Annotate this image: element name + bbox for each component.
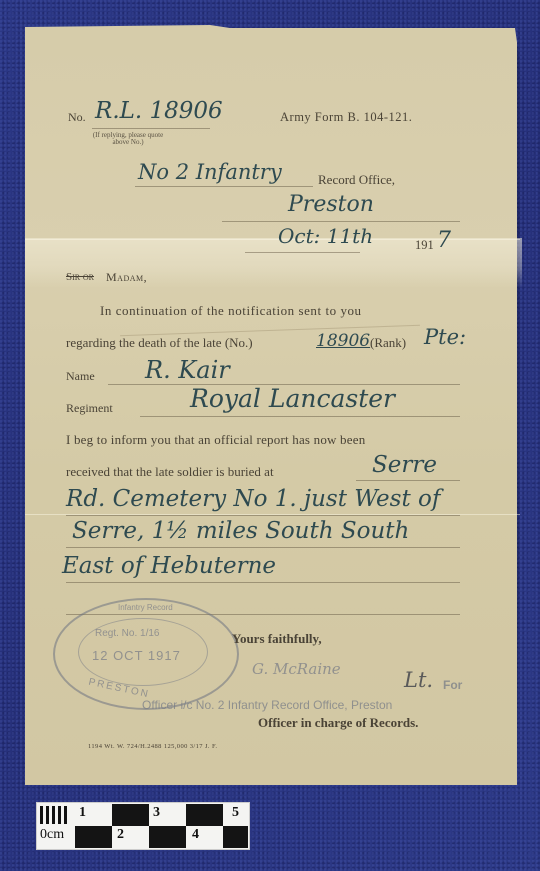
printer-line: 1194 Wt. W. 724/H.2488 125,000 3/17 J. F… xyxy=(88,743,217,750)
regiment-label: Regiment xyxy=(66,401,113,416)
scale-cell-dark xyxy=(112,804,149,826)
burial-handwritten-line-2: Rd. Cemetery No 1. just West of xyxy=(66,486,440,512)
name-label: Name xyxy=(66,369,95,384)
signature-initials: Lt. xyxy=(404,668,433,692)
rule xyxy=(140,416,460,417)
stamp-top-text: Infantry Record xyxy=(118,603,173,612)
salutation-struck: Sir or xyxy=(66,271,94,283)
scale-bar: 1 2 3 4 5 0cm xyxy=(36,802,250,850)
paragraph-1-line-1: In continuation of the notification sent… xyxy=(100,303,362,319)
rule xyxy=(66,582,460,583)
rubber-stamp-officer: Officer i/c No. 2 Infantry Record Office… xyxy=(142,698,392,712)
scale-tick xyxy=(64,806,67,824)
for-label: For xyxy=(443,678,462,692)
closing: Yours faithfully, xyxy=(232,631,322,647)
rank-label: (Rank) xyxy=(370,335,406,351)
name-handwritten: R. Kair xyxy=(145,356,230,384)
form-number-label: No. xyxy=(68,110,86,125)
year-handwritten: 7 xyxy=(437,228,451,253)
place-handwritten: Preston xyxy=(288,192,374,217)
scale-label-1: 1 xyxy=(79,805,86,821)
soldier-number-handwritten: 18906 xyxy=(316,331,370,351)
scale-unit-label: 0cm xyxy=(40,827,64,843)
scale-cell-dark xyxy=(223,826,248,848)
stamp-date: 12 OCT 1917 xyxy=(92,648,181,663)
burial-handwritten-line-3: Serre, 1½ miles South South xyxy=(72,518,409,544)
scale-tick xyxy=(40,806,43,824)
paragraph-1-line-2: regarding the death of the late (No.) xyxy=(66,335,253,351)
army-form-number: Army Form B. 104-121. xyxy=(280,110,412,125)
form-number-handwritten: R.L. 18906 xyxy=(95,98,223,124)
rule xyxy=(222,221,460,222)
reply-note: (If replying, please quote above No.) xyxy=(88,132,168,146)
scale-cell-dark xyxy=(75,826,112,848)
stamp-middle-text: Regt. No. 1/16 xyxy=(95,628,159,639)
scale-label-5: 5 xyxy=(232,805,239,821)
burial-handwritten-line-4: East of Hebuterne xyxy=(62,553,276,579)
rule xyxy=(66,515,460,516)
date-handwritten: Oct: 11th xyxy=(278,224,373,248)
year-printed: 191 xyxy=(415,238,434,253)
scale-cell-dark xyxy=(149,826,186,848)
rule xyxy=(135,186,313,187)
scale-tick xyxy=(52,806,55,824)
signature: G. McRaine xyxy=(252,660,341,678)
rule xyxy=(356,480,460,481)
regiment-handwritten: Royal Lancaster xyxy=(190,384,395,413)
rank-handwritten: Pte: xyxy=(424,325,466,349)
scale-label-2: 2 xyxy=(117,827,124,843)
rule xyxy=(66,547,460,548)
scale-tick xyxy=(58,806,61,824)
paragraph-2-line-1: I beg to inform you that an official rep… xyxy=(66,432,365,448)
record-office-label: Record Office, xyxy=(318,172,395,188)
paragraph-2-line-2: received that the late soldier is buried… xyxy=(66,464,274,480)
rule xyxy=(245,252,360,253)
scale-tick xyxy=(46,806,49,824)
record-office-handwritten: No 2 Infantry xyxy=(138,160,282,184)
rule xyxy=(92,128,210,129)
scale-label-3: 3 xyxy=(153,805,160,821)
officer-title: Officer in charge of Records. xyxy=(258,715,418,731)
salutation: Madam, xyxy=(106,270,147,285)
scale-cell-dark xyxy=(186,804,223,826)
burial-handwritten-line-1: Serre xyxy=(372,452,437,478)
scale-label-4: 4 xyxy=(192,827,199,843)
